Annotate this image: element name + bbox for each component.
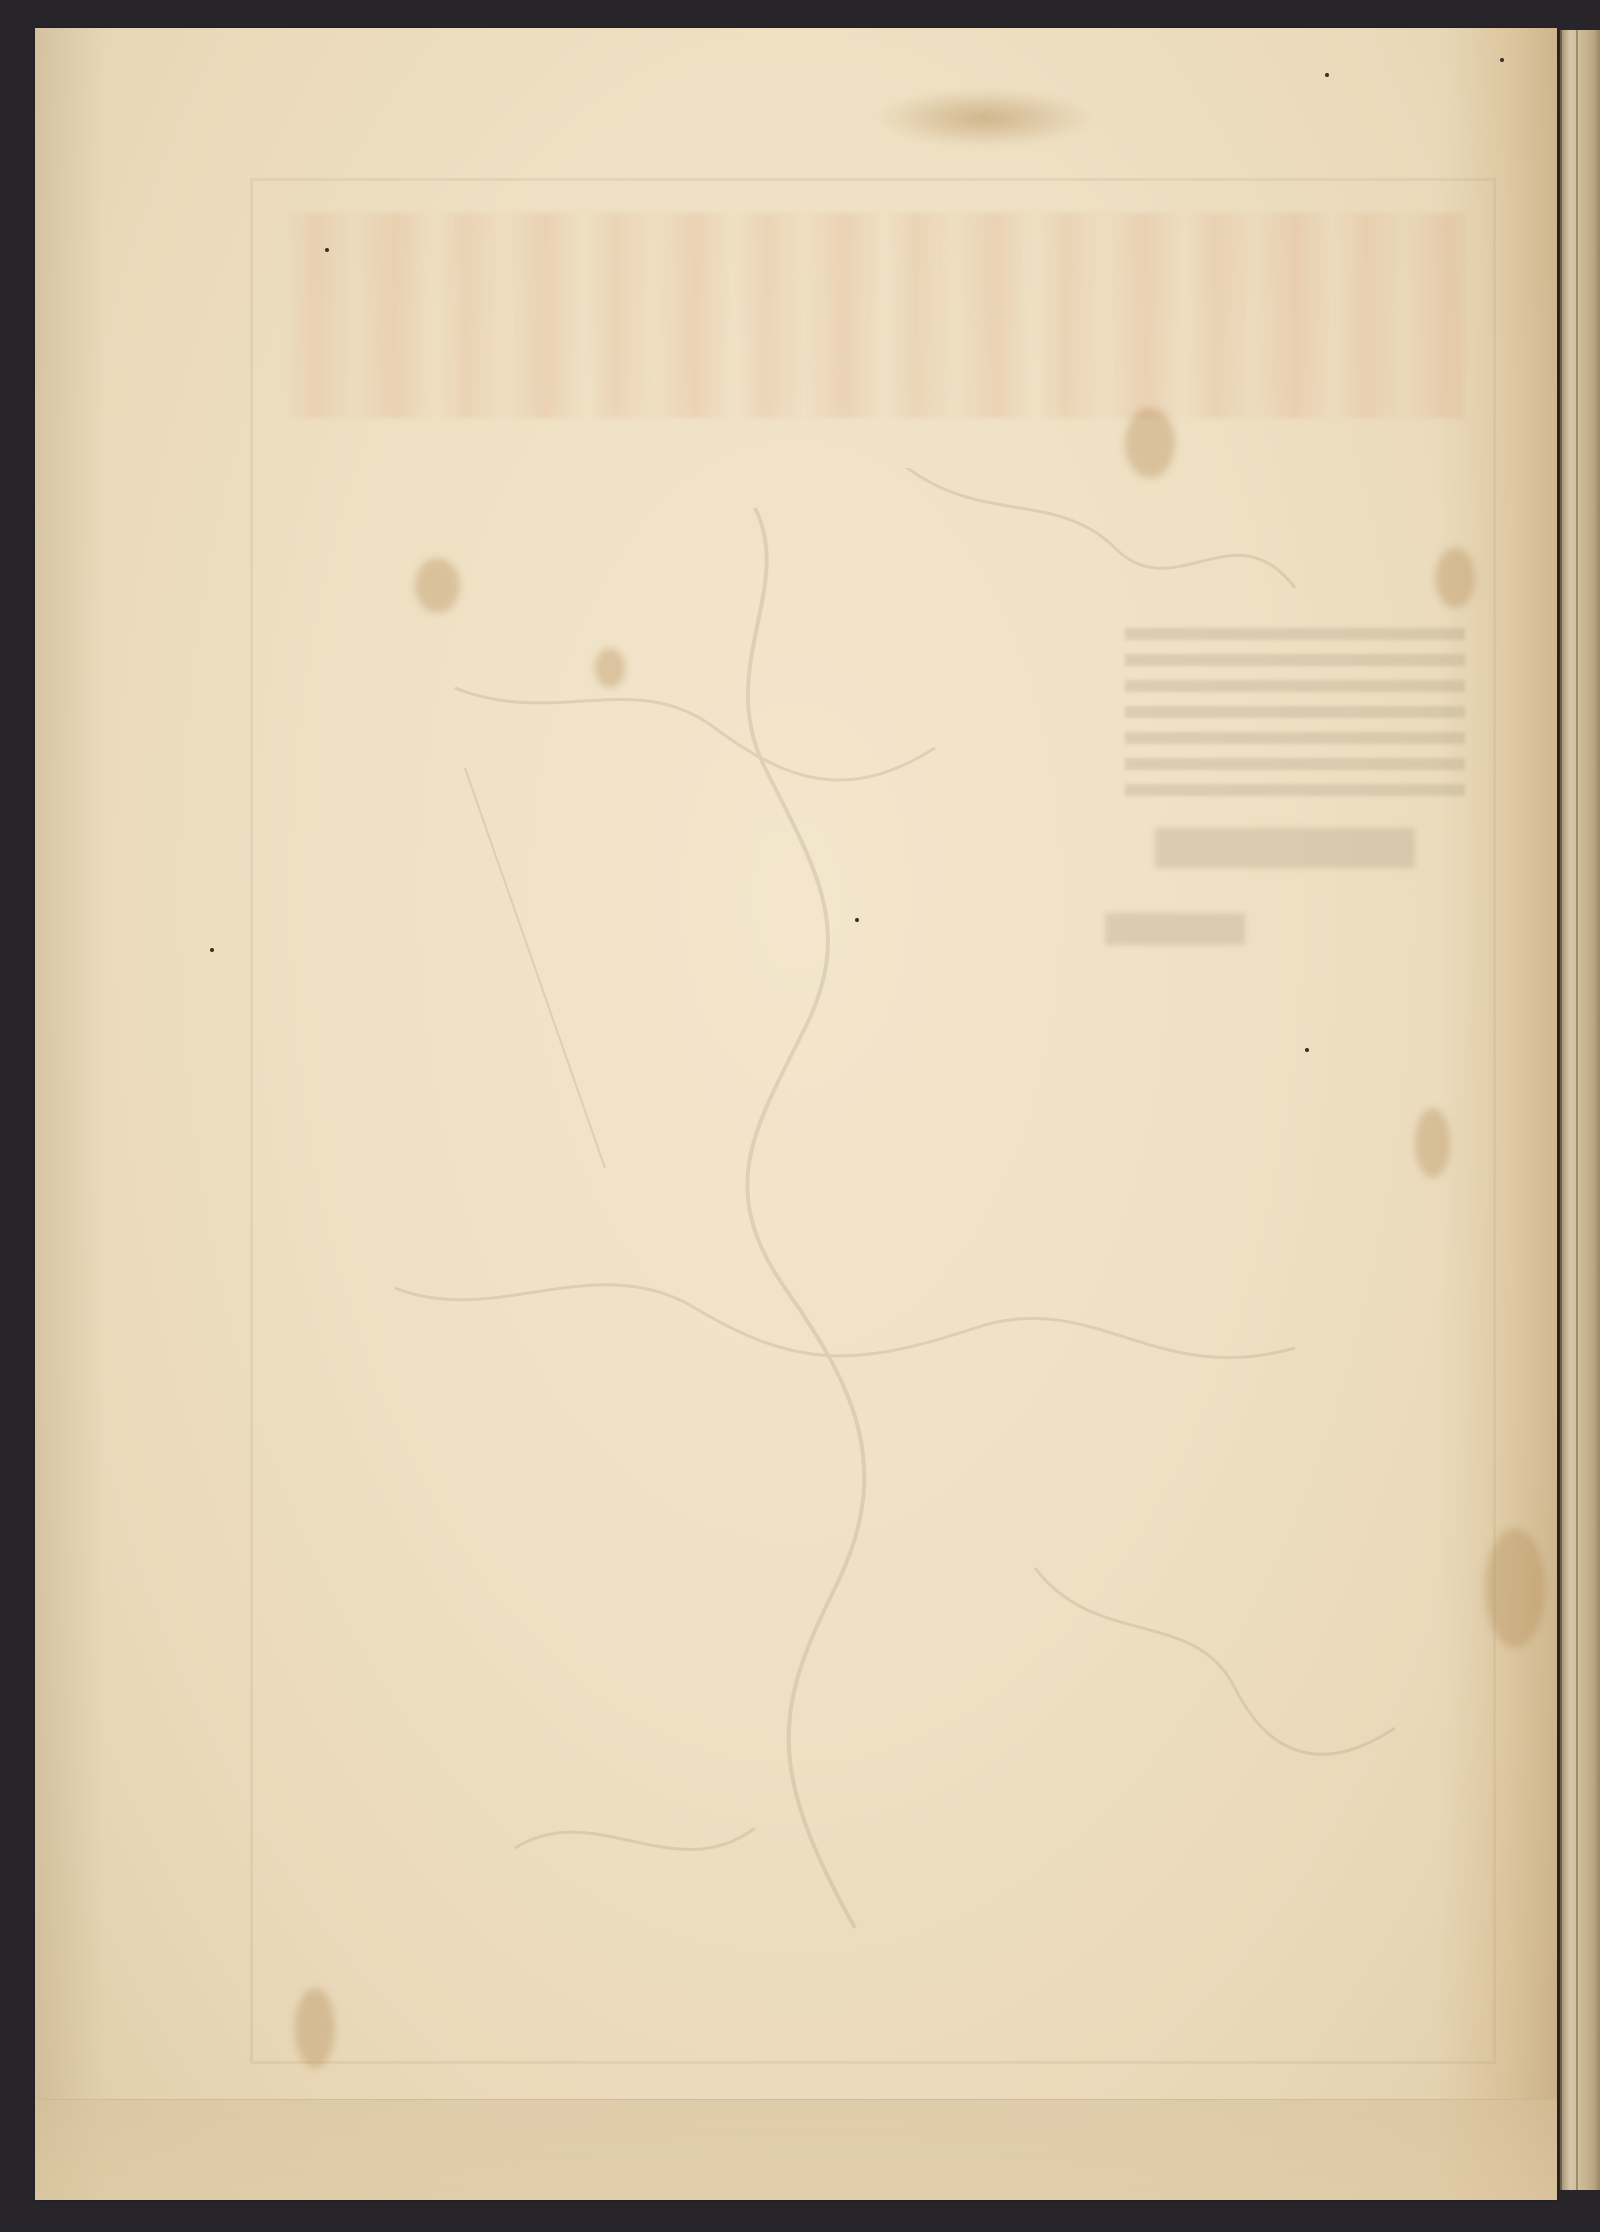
showthrough-cartouche-title (1155, 828, 1415, 868)
ink-speck (210, 948, 214, 952)
foxing-stain (595, 648, 625, 688)
foxing-stain (1125, 408, 1175, 478)
binding-page-stack (1560, 30, 1600, 2190)
ink-speck (1325, 73, 1329, 77)
foxing-stain (295, 1988, 335, 2068)
showthrough-legend-text (1125, 628, 1465, 808)
ink-speck (1305, 1048, 1309, 1052)
foxing-stain (415, 558, 460, 613)
showthrough-cartouche-subtitle (1105, 913, 1245, 945)
ink-speck (855, 918, 859, 922)
foxing-stain (1415, 1108, 1450, 1178)
paper-page (35, 28, 1557, 2200)
bottom-fold-band (35, 2099, 1557, 2200)
showthrough-title-band (285, 213, 1465, 418)
left-edge-shading (35, 28, 105, 2200)
top-stain-marks (875, 88, 1095, 148)
foxing-stain (1485, 1528, 1545, 1648)
ink-speck (325, 248, 329, 252)
foxing-stain (1435, 548, 1475, 608)
ink-speck (1500, 58, 1504, 62)
